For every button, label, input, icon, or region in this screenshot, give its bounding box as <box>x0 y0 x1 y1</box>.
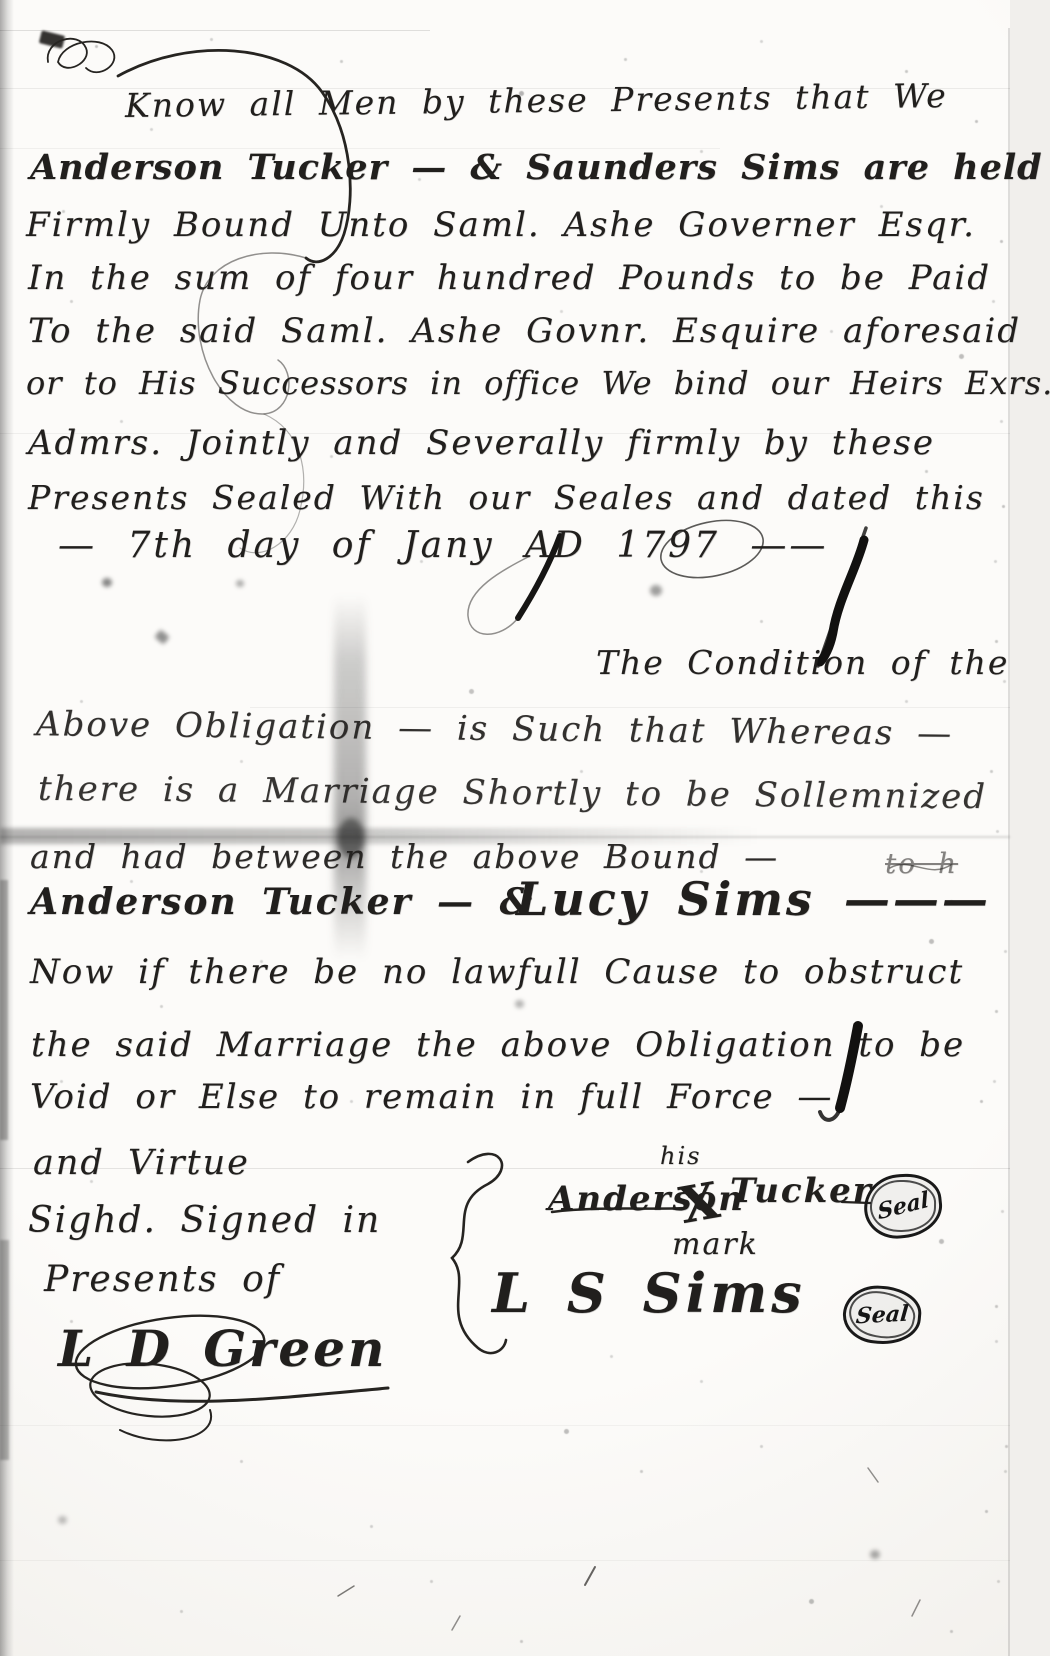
manuscript-line: Void or Else to remain in full Force — <box>30 1080 833 1114</box>
stray-mark <box>868 1468 878 1482</box>
stray-mark <box>585 1567 595 1585</box>
signature-x-mark: X <box>676 1175 725 1231</box>
manuscript-line: In the sum of four hundred Pounds to be … <box>28 261 991 295</box>
attestation-line: Presents of <box>44 1262 281 1298</box>
seal-scribble: Seal <box>861 1170 945 1242</box>
paper-left-edge-smudge <box>0 880 8 1140</box>
scan-line <box>0 1425 1010 1426</box>
manuscript-line-groom: Anderson Tucker — & <box>30 884 534 920</box>
manuscript-line: Admrs. Jointly and Severally firmly by t… <box>28 426 935 460</box>
ink-corner-mark <box>39 30 65 48</box>
ink-speck <box>236 580 244 587</box>
manuscript-line: and Virtue <box>33 1146 250 1181</box>
manuscript-line: Firmly Bound Unto Saml. Ashe Governer Es… <box>26 208 976 242</box>
ink-speck <box>154 629 170 644</box>
paper-right-edge <box>1008 28 1010 1656</box>
seal-label: Seal <box>876 1187 930 1226</box>
manuscript-line: there is a Marriage Shortly to be Sollem… <box>38 772 987 814</box>
manuscript-line: and had between the above Bound — <box>30 840 779 873</box>
scan-line <box>0 1560 1010 1561</box>
manuscript-line: Above Obligation — is Such that Whereas … <box>36 707 953 751</box>
manuscript-line-names: Anderson Tucker — & Saunders Sims are he… <box>30 150 1050 185</box>
manuscript-date-line: — 7th day of Jany AD 1797 —— <box>58 528 828 564</box>
signer-surname: Tucker <box>730 1174 873 1208</box>
manuscript-line: Presents Sealed With our Seales and date… <box>28 481 985 514</box>
seal-label: Seal <box>855 1301 910 1330</box>
mark-label-his: his <box>660 1144 701 1168</box>
ink-speck <box>515 1000 524 1008</box>
stray-mark <box>452 1616 460 1630</box>
ink-speck <box>650 585 662 596</box>
seal-scribble: Seal <box>841 1283 924 1348</box>
pen-flourish <box>468 556 530 634</box>
manuscript-line: the said Marriage the above Obligation t… <box>31 1028 965 1062</box>
paper-speckles <box>0 0 3 3</box>
stray-mark <box>912 1600 920 1616</box>
manuscript-line: or to His Successors in office We bind o… <box>26 367 1050 399</box>
ink-speck <box>58 1516 67 1524</box>
witness-signature: L D Green <box>58 1324 387 1374</box>
manuscript-line: Now if there be no lawfull Cause to obst… <box>30 955 964 989</box>
stray-mark <box>338 1586 354 1596</box>
witness-underline-flourish <box>96 1388 388 1401</box>
manuscript-line-bride: Lucy Sims ——— <box>516 876 991 922</box>
ink-speck <box>102 578 112 587</box>
signer-signature: L S Sims <box>492 1266 806 1320</box>
paper-top-edge <box>0 30 430 31</box>
scan-background-strip <box>1010 0 1050 1656</box>
manuscript-line: To the said Saml. Ashe Govnr. Esquire af… <box>28 314 1021 348</box>
attestation-line: Sighd. Signed in <box>28 1203 381 1239</box>
paper-left-edge-smudge <box>0 1240 9 1460</box>
manuscript-page: Know all Men by these Presents that We A… <box>0 0 1050 1656</box>
ink-speck <box>870 1550 880 1559</box>
mark-label-mark: mark <box>672 1230 759 1260</box>
manuscript-line: The Condition of the <box>596 646 1009 679</box>
manuscript-line: Know all Men by these Presents that We <box>125 79 948 122</box>
